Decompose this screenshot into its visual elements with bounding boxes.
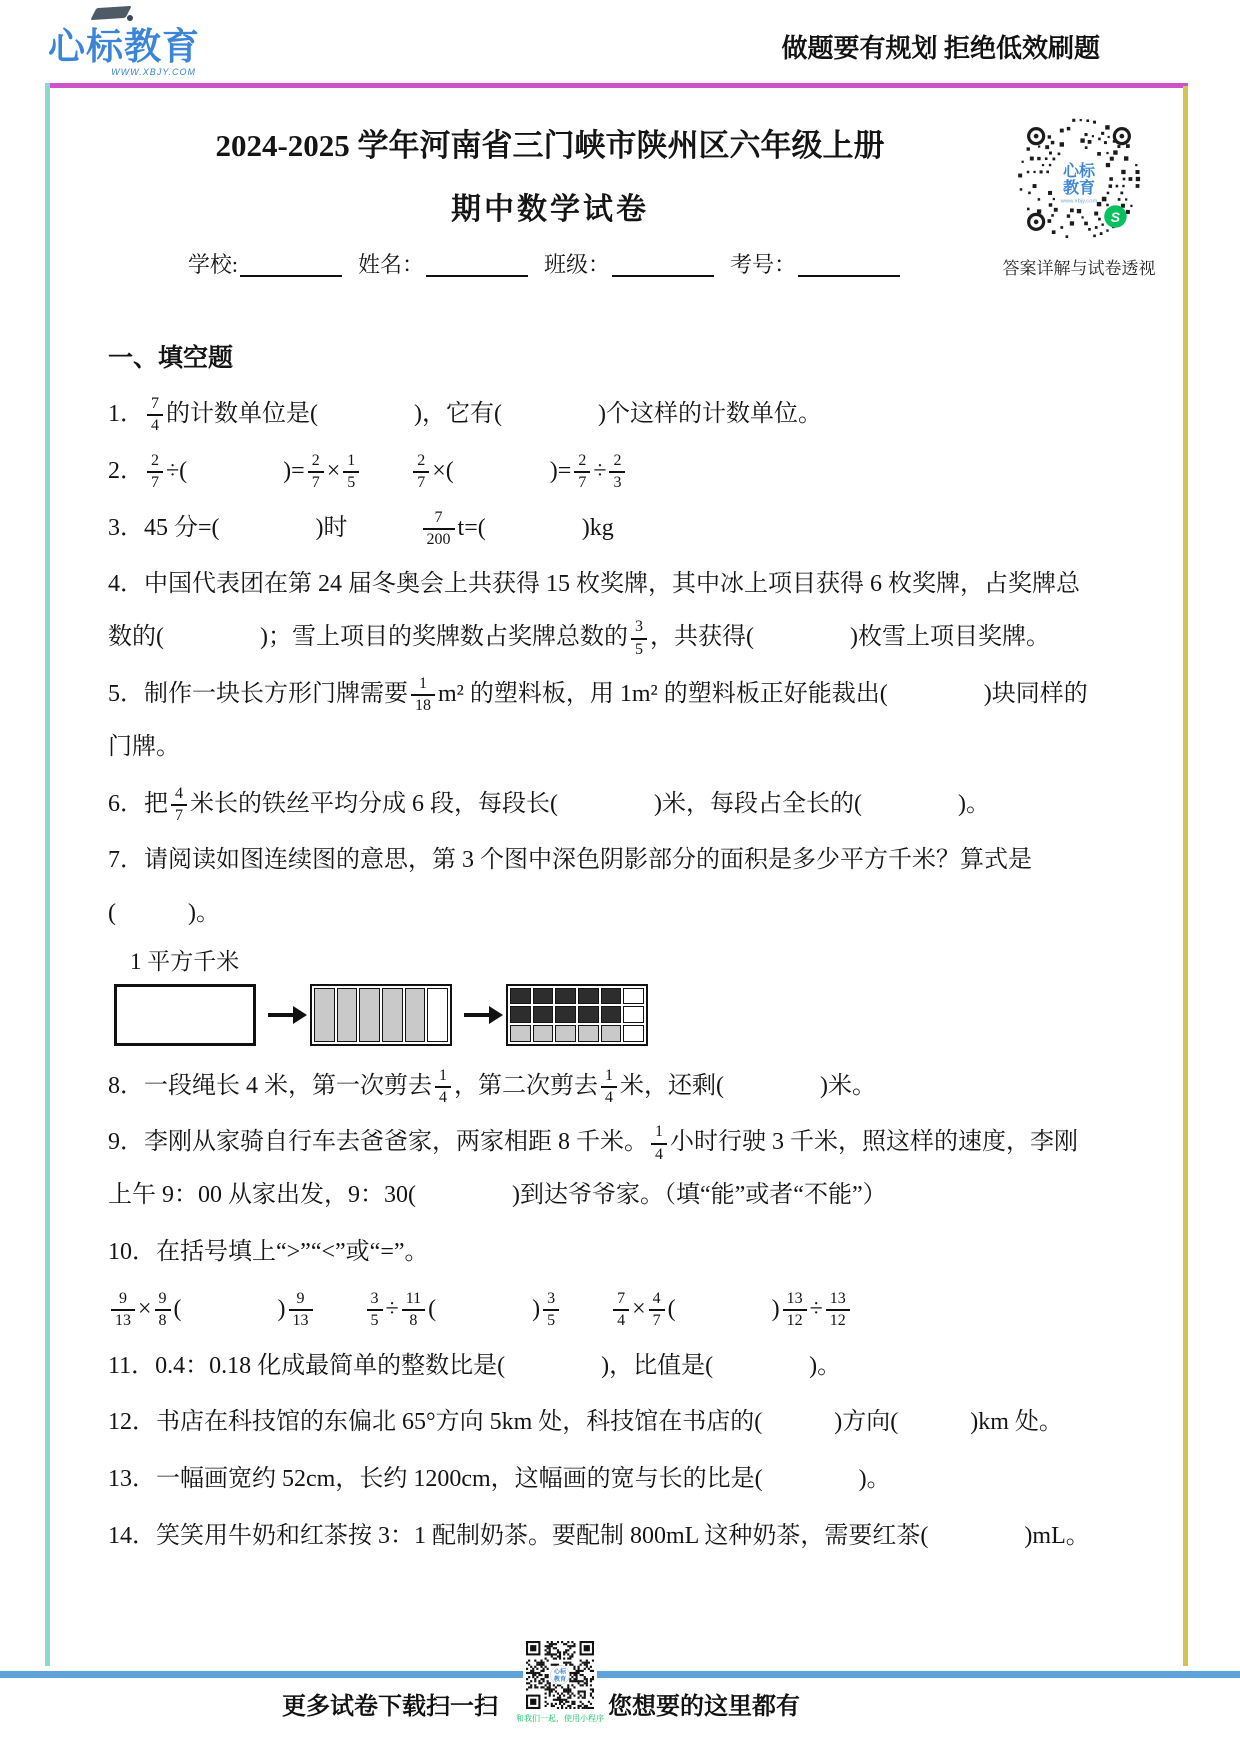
question-13: 13．一幅画宽约 52cm，长约 1200cm，这幅画的宽与长的比是( )。 bbox=[108, 1453, 1153, 1506]
fraction: 27 bbox=[308, 452, 324, 493]
diagram-cell bbox=[578, 1025, 599, 1042]
meta-label-school: 学校: bbox=[188, 248, 238, 279]
exam-title-line1: 2024-2025 学年河南省三门峡市陕州区六年级上册 bbox=[110, 120, 990, 165]
fraction: 27 bbox=[147, 452, 163, 493]
question-10-expressions: 913×98( )913 35÷118( )35 74×47( )1312÷13… bbox=[108, 1283, 1153, 1336]
question-8: 8．一段绳长 4 米，第一次剪去14，第二次剪去14米，还剩( )米。 bbox=[108, 1060, 1153, 1113]
question-text: 一段绳长 4 米，第一次剪去14，第二次剪去14米，还剩( )米。 bbox=[144, 1073, 876, 1099]
diagram-cell bbox=[427, 988, 448, 1042]
fraction: 35 bbox=[543, 1290, 559, 1331]
graduation-cap-icon bbox=[94, 7, 128, 19]
diagram-cell bbox=[405, 988, 426, 1042]
meta-field-school: 学校: bbox=[188, 248, 354, 279]
question-text: 中国代表团在第 24 届冬奥会上共获得 15 枚奖牌，其中冰上项目获得 6 枚奖… bbox=[108, 571, 1080, 650]
diagram-cell bbox=[623, 1025, 644, 1042]
diagram-cell bbox=[578, 1006, 599, 1023]
answer-qr-code-icon: 心标教育www.xbjy.comS bbox=[1004, 104, 1154, 254]
svg-text:心标: 心标 bbox=[554, 1668, 567, 1676]
footer-qr-code-icon: 心标教育 bbox=[523, 1638, 597, 1712]
footer-text-left: 更多试卷下载扫一扫 bbox=[282, 1686, 498, 1721]
fraction: 47 bbox=[649, 1290, 665, 1331]
figure-strips bbox=[310, 984, 452, 1046]
svg-text:教育: 教育 bbox=[1063, 178, 1095, 197]
fraction: 118 bbox=[402, 1290, 425, 1331]
question-text: 在括号填上“>”“<”或“=”。 bbox=[156, 1239, 429, 1265]
svg-text:S: S bbox=[1111, 209, 1121, 225]
section-title: 一、填空题 bbox=[108, 338, 1153, 374]
diagram-cell bbox=[510, 1025, 531, 1042]
question-text: 笑笑用牛奶和红茶按 3：1 配制奶茶。要配制 800mL 这种奶茶，需要红茶( … bbox=[156, 1523, 1090, 1549]
question-number: 2． bbox=[108, 458, 144, 484]
fraction: 47 bbox=[171, 785, 187, 826]
diagram-cell bbox=[601, 988, 622, 1005]
question-10: 10．在括号填上“>”“<”或“=”。 bbox=[108, 1226, 1153, 1279]
svg-text:www.xbjy.com: www.xbjy.com bbox=[1060, 199, 1098, 205]
fraction: 14 bbox=[601, 1067, 617, 1108]
question-number: 9． bbox=[108, 1129, 144, 1155]
question7-diagram: 1 平方千米 bbox=[114, 948, 1153, 1046]
question-2: 2．27÷( )=27×15 27×( )=27÷23 bbox=[108, 445, 1153, 498]
questions-area: 一、填空题 1．74的计数单位是( )，它有( )个这样的计数单位。 2．27÷… bbox=[108, 338, 1153, 1567]
header-slogan: 做题要有规划 拒绝低效刷题 bbox=[781, 28, 1100, 65]
diagram-cell bbox=[314, 988, 335, 1042]
divider-right bbox=[1183, 86, 1188, 1666]
question-number: 4． bbox=[108, 571, 144, 597]
answer-qr-caption: 答案详解与试卷透视 bbox=[998, 254, 1160, 279]
question-3: 3．45 分=( )时 7200t=( )kg bbox=[108, 502, 1153, 555]
meta-label-examno: 考号： bbox=[730, 248, 796, 279]
meta-blank-class bbox=[612, 249, 714, 277]
meta-blank-name bbox=[426, 249, 528, 277]
diagram-cell bbox=[555, 1025, 576, 1042]
meta-label-class: 班级： bbox=[544, 248, 610, 279]
logo-text: 心标教育 bbox=[48, 16, 200, 70]
question-12: 12．书店在科技馆的东偏北 65°方向 5km 处，科技馆在书店的( )方向( … bbox=[108, 1396, 1153, 1449]
svg-text:教育: 教育 bbox=[553, 1675, 566, 1683]
question-14: 14．笑笑用牛奶和红茶按 3：1 配制奶茶。要配制 800mL 这种奶茶，需要红… bbox=[108, 1510, 1153, 1563]
svg-text:心标: 心标 bbox=[1063, 162, 1096, 180]
meta-field-class: 班级： bbox=[544, 248, 726, 279]
diagram-cell bbox=[382, 988, 403, 1042]
figure-shaded-grid bbox=[506, 984, 648, 1046]
diagram-cell bbox=[533, 1006, 554, 1023]
exam-title-line2: 期中数学试卷 bbox=[110, 184, 990, 228]
fraction: 98 bbox=[155, 1290, 171, 1331]
question-7: 7．请阅读如图连续图的意思，第 3 个图中深色阴影部分的面积是多少平方千米？算式… bbox=[108, 834, 1153, 940]
fraction: 913 bbox=[111, 1290, 135, 1331]
question-text: 书店在科技馆的东偏北 65°方向 5km 处，科技馆在书店的( )方向( )km… bbox=[156, 1409, 1063, 1435]
question-text: 把47米长的铁丝平均分成 6 段，每段长( )米，每段占全长的( )。 bbox=[144, 791, 990, 817]
footer-qr: 心标教育 和我们一起，使用小程序 bbox=[514, 1638, 606, 1724]
question-4: 4．中国代表团在第 24 届冬奥会上共获得 15 枚奖牌，其中冰上项目获得 6 … bbox=[108, 558, 1153, 664]
exam-page: 心标教育 WWW.XBJY.COM 做题要有规划 拒绝低效刷题 2024-202… bbox=[0, 0, 1240, 1754]
header-logo: 心标教育 WWW.XBJY.COM bbox=[48, 16, 200, 77]
diagram-cell bbox=[623, 988, 644, 1005]
diagram-cell bbox=[510, 988, 531, 1005]
diagram-cell bbox=[533, 1025, 554, 1042]
fraction: 74 bbox=[613, 1290, 629, 1331]
footer-text-right: 您想要的这里都有 bbox=[608, 1686, 800, 1721]
question-number: 11． bbox=[108, 1353, 155, 1379]
question-text: 制作一块长方形门牌需要118m² 的塑料板，用 1m² 的塑料板正好能裁出( )… bbox=[108, 681, 1088, 760]
question-number: 10． bbox=[108, 1239, 156, 1265]
question-text: 李刚从家骑自行车去爸爸家，两家相距 8 千米。14小时行驶 3 千米，照这样的速… bbox=[108, 1129, 1078, 1208]
diagram-cell bbox=[359, 988, 380, 1042]
fraction: 35 bbox=[631, 618, 647, 659]
question-text: 27÷( )=27×15 27×( )=27÷23 bbox=[144, 458, 628, 484]
question-number: 12． bbox=[108, 1409, 156, 1435]
diagram-cell bbox=[555, 988, 576, 1005]
fraction: 15 bbox=[343, 452, 359, 493]
footer-qr-caption: 和我们一起，使用小程序 bbox=[514, 1713, 606, 1724]
divider-left bbox=[45, 83, 50, 1666]
meta-blank-examno bbox=[798, 249, 900, 277]
diagram-cell bbox=[555, 1006, 576, 1023]
question-number: 6． bbox=[108, 791, 144, 817]
fraction: 74 bbox=[147, 395, 163, 436]
fraction: 1312 bbox=[783, 1290, 807, 1331]
divider-top bbox=[45, 83, 1188, 88]
question-text: 45 分=( )时 7200t=( )kg bbox=[144, 515, 614, 541]
fraction: 1312 bbox=[826, 1290, 850, 1331]
fraction: 118 bbox=[411, 675, 435, 716]
fraction: 35 bbox=[367, 1290, 383, 1331]
question-6: 6．把47米长的铁丝平均分成 6 段，每段长( )米，每段占全长的( )。 bbox=[108, 778, 1153, 831]
divider-bottom bbox=[0, 1671, 1240, 1678]
question-9: 9．李刚从家骑自行车去爸爸家，两家相距 8 千米。14小时行驶 3 千米，照这样… bbox=[108, 1116, 1153, 1222]
diagram-cell bbox=[623, 1006, 644, 1023]
diagram-cell bbox=[337, 988, 358, 1042]
question-number: 8． bbox=[108, 1073, 144, 1099]
fraction: 14 bbox=[651, 1123, 667, 1164]
fraction: 7200 bbox=[423, 509, 455, 550]
diagram-cell bbox=[601, 1025, 622, 1042]
question-number: 13． bbox=[108, 1466, 156, 1492]
question-number: 7． bbox=[108, 847, 144, 873]
question-text: 0.4：0.18 化成最简单的整数比是( )，比值是( )。 bbox=[155, 1353, 841, 1379]
figure-unit-square bbox=[114, 984, 256, 1046]
diagram-cell bbox=[533, 988, 554, 1005]
fraction: 913 bbox=[289, 1290, 313, 1331]
question-number: 3． bbox=[108, 515, 144, 541]
meta-field-name: 姓名： bbox=[358, 248, 540, 279]
question-text: 一幅画宽约 52cm，长约 1200cm，这幅画的宽与长的比是( )。 bbox=[156, 1466, 891, 1492]
diagram-cell bbox=[601, 1006, 622, 1023]
meta-label-name: 姓名： bbox=[358, 248, 424, 279]
fraction: 14 bbox=[435, 1067, 451, 1108]
arrow-right-icon bbox=[464, 1013, 490, 1017]
question-text: 74的计数单位是( )，它有( )个这样的计数单位。 bbox=[144, 401, 822, 427]
diagram-cell bbox=[578, 988, 599, 1005]
arrow-right-icon bbox=[268, 1013, 294, 1017]
meta-field-examno: 考号： bbox=[730, 248, 912, 279]
question-1: 1．74的计数单位是( )，它有( )个这样的计数单位。 bbox=[108, 388, 1153, 441]
diagram-figures bbox=[114, 984, 1153, 1046]
meta-row: 学校: 姓名： 班级： 考号： bbox=[110, 248, 990, 279]
question-11: 11．0.4：0.18 化成最简单的整数比是( )，比值是( )。 bbox=[108, 1340, 1153, 1393]
meta-blank-school bbox=[240, 249, 342, 277]
fraction: 27 bbox=[413, 452, 429, 493]
question-text: 913×98( )913 35÷118( )35 74×47( )1312÷13… bbox=[108, 1296, 853, 1322]
question-number: 5． bbox=[108, 681, 144, 707]
question-number: 1． bbox=[108, 401, 144, 427]
diagram-cell bbox=[510, 1006, 531, 1023]
diagram-label: 1 平方千米 bbox=[130, 948, 1153, 976]
question-5: 5．制作一块长方形门牌需要118m² 的塑料板，用 1m² 的塑料板正好能裁出(… bbox=[108, 668, 1153, 774]
question-text: 请阅读如图连续图的意思，第 3 个图中深色阴影部分的面积是多少平方千米？算式是(… bbox=[108, 847, 1032, 926]
fraction: 23 bbox=[609, 452, 625, 493]
question-number: 14． bbox=[108, 1523, 156, 1549]
fraction: 27 bbox=[574, 452, 590, 493]
